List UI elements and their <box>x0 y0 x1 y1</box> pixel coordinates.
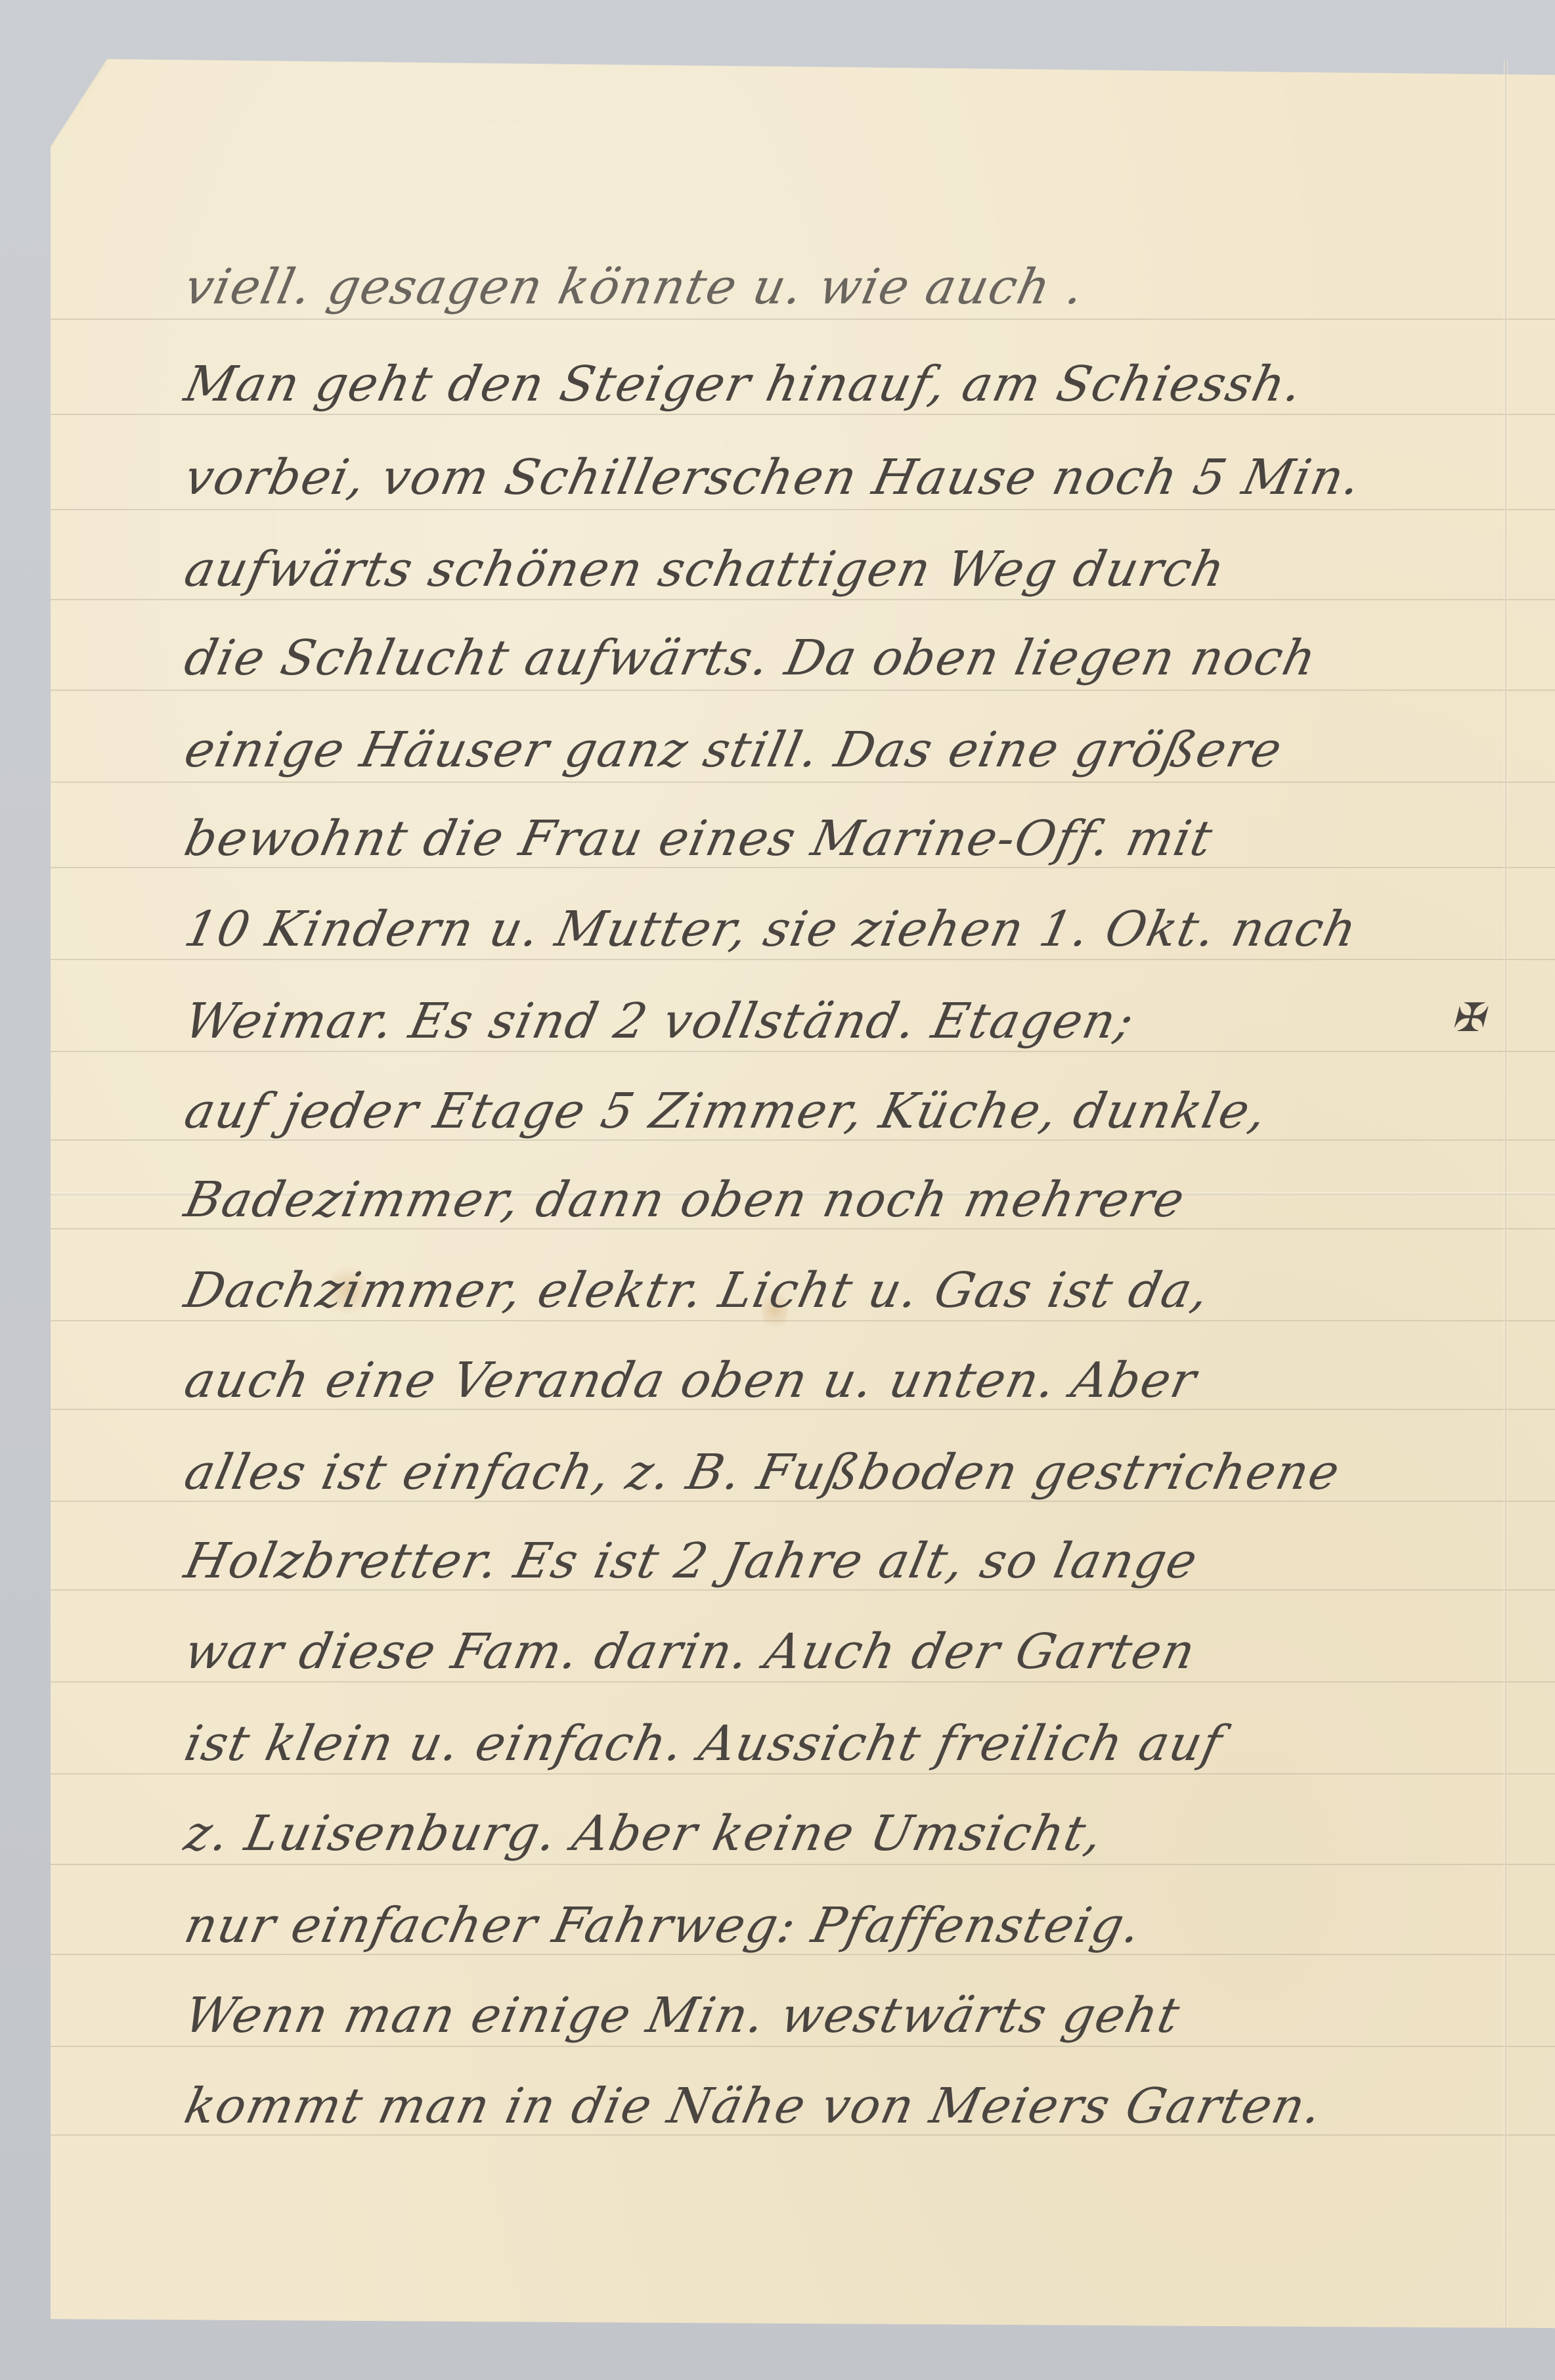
letter-line-17: ist klein u. einfach. Aussicht freilich … <box>181 1719 1511 1768</box>
letter-line-15: Holzbretter. Es ist 2 Jahre alt, so lang… <box>181 1537 1511 1585</box>
ruled-line <box>51 690 1555 691</box>
ruled-line <box>51 1864 1555 1865</box>
letter-line-12: Dachzimmer, elektr. Licht u. Gas ist da, <box>181 1266 1511 1315</box>
letter-line-20: Wenn man einige Min. westwärts geht <box>181 1991 1511 2040</box>
ruled-line <box>51 2134 1555 2136</box>
letter-line-4: aufwärts schönen schattigen Weg durch <box>181 545 1511 594</box>
letter-line-10: auf jeder Etage 5 Zimmer, Küche, dunkle, <box>181 1087 1511 1135</box>
letter-line-1: viell. gesagen könnte u. wie auch . <box>181 263 1511 311</box>
letter-line-3: vorbei, vom Schillerschen Hause noch 5 M… <box>181 453 1511 502</box>
letter-line-8: 10 Kindern u. Mutter, sie ziehen 1. Okt.… <box>181 905 1511 954</box>
letter-line-6: einige Häuser ganz still. Das eine größe… <box>181 726 1511 774</box>
ruled-line <box>51 1589 1555 1591</box>
letter-line-18: z. Luisenburg. Aber keine Umsicht, <box>181 1809 1511 1858</box>
letter-line-7: bewohnt die Frau eines Marine-Off. mit <box>181 814 1511 863</box>
ruled-line <box>51 959 1555 960</box>
letter-line-13: auch eine Veranda oben u. unten. Aber <box>181 1356 1511 1405</box>
letter-line-2: Man geht den Steiger hinauf, am Schiessh… <box>181 360 1511 408</box>
ruled-line <box>51 867 1555 868</box>
ruled-line <box>51 1139 1555 1141</box>
ruled-line <box>51 1773 1555 1774</box>
ruled-line <box>51 414 1555 415</box>
letter-line-9: Weimar. Es sind 2 vollständ. Etagen; <box>181 997 1511 1046</box>
ruled-line <box>51 782 1555 783</box>
ruled-line <box>51 2046 1555 2047</box>
letter-line-5: die Schlucht aufwärts. Da oben liegen no… <box>181 634 1511 682</box>
ruled-line <box>51 1409 1555 1410</box>
ruled-line <box>51 509 1555 510</box>
letter-line-19: nur einfacher Fahrweg: Pfaffensteig. <box>181 1901 1511 1950</box>
insertion-mark: ✠ <box>1451 995 1484 1041</box>
letter-line-21: kommt man in die Nähe von Meiers Garten. <box>181 2082 1511 2130</box>
ruled-line <box>51 319 1555 320</box>
ruled-line <box>51 599 1555 600</box>
letter-line-14: alles ist einfach, z. B. Fußboden gestri… <box>181 1448 1511 1497</box>
ruled-line <box>51 1228 1555 1229</box>
ruled-line <box>51 1320 1555 1321</box>
ruled-line <box>51 1051 1555 1052</box>
ruled-line <box>51 1501 1555 1502</box>
letter-line-11: Badezimmer, dann oben noch mehrere <box>181 1176 1511 1224</box>
ruled-line <box>51 1681 1555 1683</box>
letter-line-16: war diese Fam. darin. Auch der Garten <box>181 1627 1511 1676</box>
ruled-line <box>51 1954 1555 1955</box>
